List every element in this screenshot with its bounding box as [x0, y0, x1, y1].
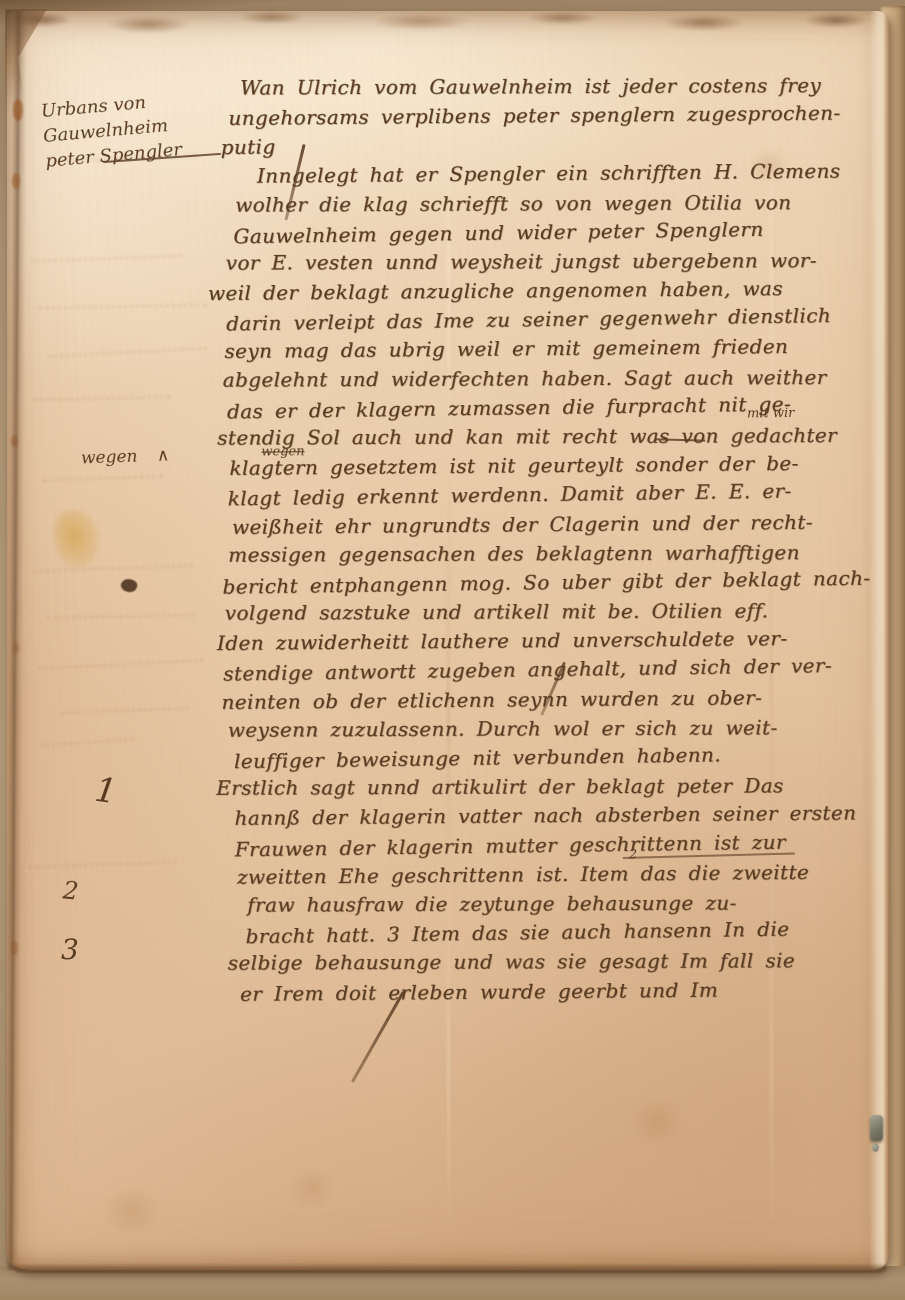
manuscript-line: Inngelegt hat er Spengler ein schrifften… — [257, 159, 841, 188]
manuscript-line: Iden zuwiderheitt lauthere und unverschu… — [217, 626, 788, 655]
manuscript-line: wolher die klag schriefft so von wegen O… — [235, 190, 791, 216]
metal-clasp — [870, 1115, 883, 1141]
interlinear-insertion: mit wir — [747, 406, 794, 421]
manuscript-line: putig — [221, 134, 276, 159]
manuscript-line: hannß der klagerin vatter nach absterben… — [234, 800, 856, 829]
manuscript-line: selbige behausunge und was sie gesagt Im… — [228, 948, 795, 974]
manuscript-line: weißheit ehr ungrundts der Clagerin und … — [232, 510, 813, 539]
manuscript-line: fraw hausfraw die zeytunge behausunge zu… — [247, 891, 737, 917]
manuscript-line: Gauwelnheim gegen und wider peter Spengl… — [233, 217, 764, 248]
manuscript-line: stendige antwortt zugeben angehalt, und … — [223, 653, 832, 685]
manuscript-line: das er der klagern zumassen die furprach… — [227, 392, 791, 424]
interlinear-insertion: 2 — [629, 847, 637, 862]
manuscript-line: seyn mag das ubrig weil er mit gemeinem … — [224, 334, 788, 363]
manuscript-line: leuffiger beweisunge nit verbunden haben… — [234, 742, 721, 773]
manuscript-line: abgelehnt und widerfechten haben. Sagt a… — [223, 365, 827, 392]
manuscript-line: weil der beklagt anzugliche angenomen ha… — [208, 276, 783, 305]
manuscript-line: volgend sazstuke und artikell mit be. Ot… — [225, 598, 769, 624]
manuscript-line: neinten ob der etlichenn seynn wurden zu… — [221, 685, 762, 714]
manuscript-line: klagtern gesetztem ist nit geurteylt son… — [229, 451, 798, 480]
manuscript-line: ungehorsams verplibens peter spenglern z… — [228, 101, 840, 130]
manuscript-line: bericht entphangenn mog. So uber gibt de… — [222, 566, 870, 599]
manuscript-line: er Irem doit erleben wurde geerbt und Im — [240, 978, 718, 1006]
manuscript-line: Wan Ulrich vom Gauwelnheim ist jeder cos… — [240, 73, 821, 100]
interlinear-insertion-struck: wegen — [261, 444, 304, 459]
manuscript-line: zweitten Ehe geschrittenn ist. Item das … — [237, 860, 809, 889]
manuscript-line: darin verleipt das Ime zu seiner gegenwe… — [226, 303, 831, 335]
manuscript-line: messigen gegensachen des beklagtenn warh… — [228, 540, 800, 566]
manuscript-line: vor E. vesten unnd weysheit jungst uberg… — [226, 248, 817, 275]
metal-clasp-pin — [872, 1143, 879, 1152]
manuscript-photo: Urbans von Gauwelnheim peter Spengler we… — [0, 0, 905, 1300]
manuscript-line: bracht hatt. 3 Item das sie auch hansenn… — [245, 917, 789, 949]
manuscript-line: weysenn zuzulassenn. Durch wol er sich z… — [228, 715, 778, 741]
manuscript-line: Erstlich sagt unnd artikulirt der beklag… — [216, 773, 784, 799]
manuscript-line: stendig Sol auch und kan mit recht was v… — [217, 423, 837, 450]
manuscript-line: klagt ledig erkennt werdenn. Damit aber … — [228, 479, 792, 511]
manuscript-text-block: Wan Ulrich vom Gauwelnheim ist jeder cos… — [2, 7, 895, 1274]
manuscript-page: Urbans von Gauwelnheim peter Spengler we… — [7, 11, 889, 1270]
